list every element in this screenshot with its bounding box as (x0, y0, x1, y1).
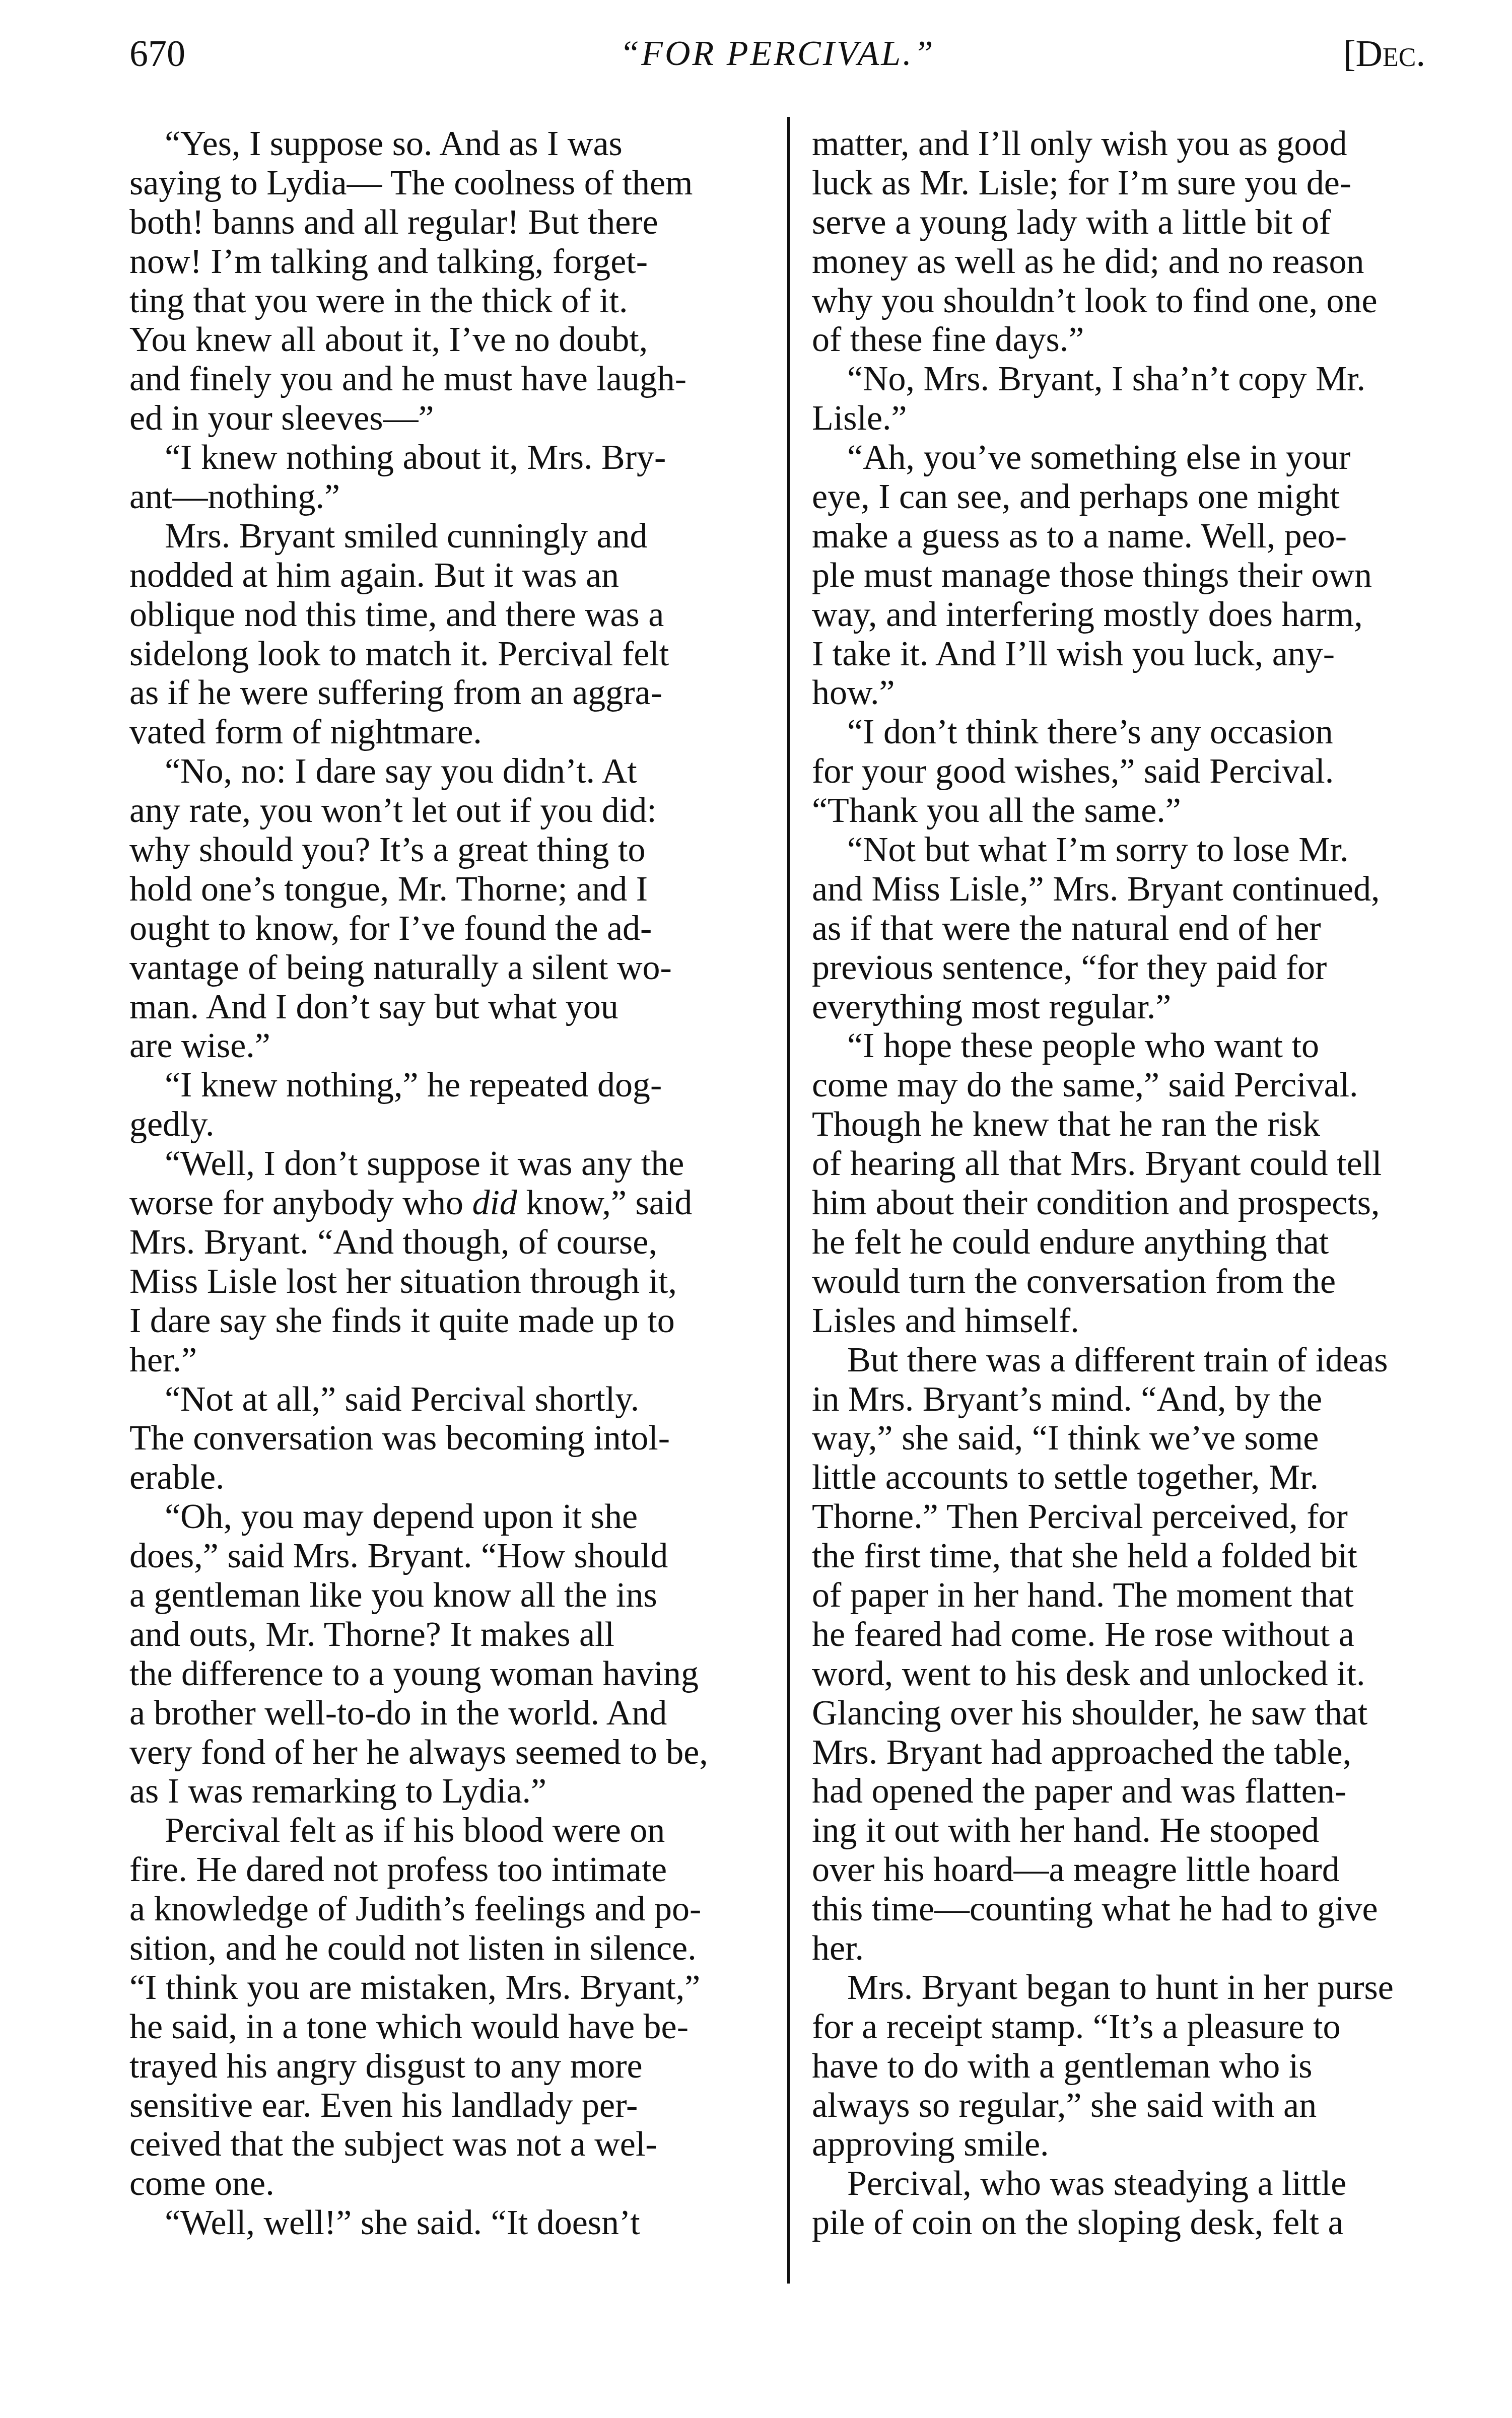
text-line: You knew all about it, I’ve no doubt, (129, 320, 775, 360)
text-line: pile of coin on the sloping desk, felt a (812, 2203, 1425, 2243)
paragraph: But there was a different train of ideas… (812, 1341, 1425, 1968)
text-line: a gentleman like you know all the ins (129, 1576, 775, 1615)
month-initial: D (1356, 33, 1383, 75)
paragraph: “I knew nothing,” he repeated dog-gedly. (129, 1066, 775, 1144)
text-line: ing it out with her hand. He stooped (812, 1811, 1425, 1850)
column-divider (787, 117, 790, 2284)
text-line: Mrs. Bryant smiled cunningly and (129, 517, 775, 556)
text-line: Mrs. Bryant had approached the table, (812, 1733, 1425, 1772)
text-line: saying to Lydia— The coolness of them (129, 164, 775, 203)
text-line: “Oh, you may depend upon it she (129, 1497, 775, 1537)
text-line: as I was remarking to Lydia.” (129, 1772, 775, 1811)
text-line: as if that were the natural end of her (812, 909, 1425, 948)
text-line: sition, and he could not listen in silen… (129, 1929, 775, 1968)
text-line: always so regular,” she said with an (812, 2086, 1425, 2125)
text-line: and finely you and he must have laugh- (129, 360, 775, 399)
text-line: “I think you are mistaken, Mrs. Bryant,” (129, 1968, 775, 2008)
text-line: little accounts to settle together, Mr. (812, 1458, 1425, 1497)
text-line: in Mrs. Bryant’s mind. “And, by the (812, 1380, 1425, 1419)
text-line: “Yes, I suppose so. And as I was (129, 124, 775, 164)
paragraph: “Yes, I suppose so. And as I wassaying t… (129, 124, 775, 438)
text-line: he felt he could endure anything that (812, 1223, 1425, 1262)
text-line: the difference to a young woman having (129, 1654, 775, 1694)
paragraph: matter, and I’ll only wish you as goodlu… (812, 124, 1425, 360)
text-line: for a receipt stamp. “It’s a pleasure to (812, 2008, 1425, 2047)
paragraph: “Well, I don’t suppose it was any thewor… (129, 1144, 775, 1379)
text-line: and outs, Mr. Thorne? It makes all (129, 1615, 775, 1654)
text-line: hold one’s tongue, Mr. Thorne; and I (129, 870, 775, 909)
text-line: nodded at him again. But it was an (129, 556, 775, 595)
month-label: [Dec. (1343, 31, 1425, 77)
left-column: “Yes, I suppose so. And as I wassaying t… (129, 124, 775, 2243)
paragraph: “Well, well!” she said. “It doesn’t (129, 2203, 775, 2243)
text-line: Thorne.” Then Percival perceived, for (812, 1497, 1425, 1537)
right-column: matter, and I’ll only wish you as goodlu… (812, 124, 1425, 2243)
text-line: way, and interfering mostly does harm, (812, 595, 1425, 635)
text-line: him about their condition and prospects, (812, 1184, 1425, 1223)
paragraph: Percival, who was steadying a littlepile… (812, 2164, 1425, 2243)
text-line: worse for anybody who did know,” said (129, 1184, 775, 1223)
text-line: over his hoard—a meagre little hoard (812, 1850, 1425, 1890)
text-line: he said, in a tone which would have be- (129, 2008, 775, 2047)
paragraph: Mrs. Bryant began to hunt in her pursefo… (812, 1968, 1425, 2164)
text-line: now! I’m talking and talking, forget- (129, 242, 775, 282)
text-line: “Well, well!” she said. “It doesn’t (129, 2203, 775, 2243)
paragraph: “Not at all,” said Percival shortly.The … (129, 1380, 775, 1498)
text-line: Lisle.” (812, 399, 1425, 438)
text-line: previous sentence, “for they paid for (812, 948, 1425, 988)
paragraph: Mrs. Bryant smiled cunningly andnodded a… (129, 517, 775, 752)
paragraph: “I hope these people who want tocome may… (812, 1026, 1425, 1340)
text-line: word, went to his desk and unlocked it. (812, 1654, 1425, 1694)
text-line: he feared had come. He rose without a (812, 1615, 1425, 1654)
text-line: I dare say she finds it quite made up to (129, 1301, 775, 1341)
text-line: make a guess as to a name. Well, peo- (812, 517, 1425, 556)
text-line: “I knew nothing about it, Mrs. Bry- (129, 438, 775, 477)
text-line: this time—counting what he had to give (812, 1890, 1425, 1929)
text-line: But there was a different train of ideas (812, 1341, 1425, 1380)
text-line: as if he were suffering from an aggra- (129, 673, 775, 713)
text-line: why you shouldn’t look to find one, one (812, 282, 1425, 321)
text-line: sidelong look to match it. Percival felt (129, 635, 775, 674)
text-line: “Thank you all the same.” (812, 791, 1425, 831)
text-line: luck as Mr. Lisle; for I’m sure you de- (812, 164, 1425, 203)
text-line: “No, no: I dare say you didn’t. At (129, 752, 775, 791)
paragraph: “I don’t think there’s any occasionfor y… (812, 713, 1425, 831)
text-line: trayed his angry disgust to any more (129, 2047, 775, 2086)
text-line: very fond of her he always seemed to be, (129, 1733, 775, 1772)
text-line: both! banns and all regular! But there (129, 203, 775, 242)
paragraph: “Oh, you may depend upon it shedoes,” sa… (129, 1497, 775, 1811)
paragraph: “No, Mrs. Bryant, I sha’n’t copy Mr.Lisl… (812, 360, 1425, 438)
text-line: does,” said Mrs. Bryant. “How should (129, 1537, 775, 1576)
text-line: “I don’t think there’s any occasion (812, 713, 1425, 752)
text-line: sensitive ear. Even his landlady per- (129, 2086, 775, 2125)
text-line: serve a young lady with a little bit of (812, 203, 1425, 242)
paragraph: “I knew nothing about it, Mrs. Bry-ant—n… (129, 438, 775, 517)
text-line: vantage of being naturally a silent wo- (129, 948, 775, 988)
text-line: of hearing all that Mrs. Bryant could te… (812, 1144, 1425, 1184)
text-line: fire. He dared not profess too intimate (129, 1850, 775, 1890)
text-line: “Not but what I’m sorry to lose Mr. (812, 831, 1425, 870)
month-bracket: [ (1343, 33, 1356, 75)
text-line: Mrs. Bryant began to hunt in her purse (812, 1968, 1425, 2008)
text-line: vated form of nightmare. (129, 713, 775, 752)
text-line: way,” she said, “I think we’ve some (812, 1419, 1425, 1458)
text-line: Percival felt as if his blood were on (129, 1811, 775, 1850)
text-line: eye, I can see, and perhaps one might (812, 477, 1425, 517)
running-head: 670 “FOR PERCIVAL.” [Dec. (129, 31, 1425, 77)
text-line: a brother well-to-do in the world. And (129, 1694, 775, 1733)
text-line: have to do with a gentleman who is (812, 2047, 1425, 2086)
text-line: oblique nod this time, and there was a (129, 595, 775, 635)
paragraph: “Not but what I’m sorry to lose Mr.and M… (812, 831, 1425, 1026)
text-line: ant—nothing.” (129, 477, 775, 517)
text-line: I take it. And I’ll wish you luck, any- (812, 635, 1425, 674)
text-line: Mrs. Bryant. “And though, of course, (129, 1223, 775, 1262)
text-line: Lisles and himself. (812, 1301, 1425, 1341)
text-line: come may do the same,” said Percival. (812, 1066, 1425, 1105)
text-line: Percival, who was steadying a little (812, 2164, 1425, 2203)
text-line: are wise.” (129, 1026, 775, 1066)
text-line: ceived that the subject was not a wel- (129, 2125, 775, 2164)
month-rest: ec. (1383, 33, 1425, 75)
text-line: gedly. (129, 1105, 775, 1144)
text-line: matter, and I’ll only wish you as good (812, 124, 1425, 164)
running-title: “FOR PERCIVAL.” (129, 31, 1425, 77)
text-line: ought to know, for I’ve found the ad- (129, 909, 775, 948)
text-line: of these fine days.” (812, 320, 1425, 360)
text-line: The conversation was becoming intol- (129, 1419, 775, 1458)
text-line: how.” (812, 673, 1425, 713)
text-line: any rate, you won’t let out if you did: (129, 791, 775, 831)
text-line: her.” (129, 1341, 775, 1380)
text-line: Glancing over his shoulder, he saw that (812, 1694, 1425, 1733)
paragraph: “Ah, you’ve something else in youreye, I… (812, 438, 1425, 713)
text-line: why should you? It’s a great thing to (129, 831, 775, 870)
text-line: everything most regular.” (812, 988, 1425, 1027)
text-line: ple must manage those things their own (812, 556, 1425, 595)
text-line: of paper in her hand. The moment that (812, 1576, 1425, 1615)
text-line: would turn the conversation from the (812, 1262, 1425, 1301)
text-line: the first time, that she held a folded b… (812, 1537, 1425, 1576)
text-line: her. (812, 1929, 1425, 1968)
text-line: erable. (129, 1458, 775, 1497)
text-line: approving smile. (812, 2125, 1425, 2164)
text-line: for your good wishes,” said Percival. (812, 752, 1425, 791)
text-line: come one. (129, 2164, 775, 2203)
text-line: “I knew nothing,” he repeated dog- (129, 1066, 775, 1105)
text-line: had opened the paper and was flatten- (812, 1772, 1425, 1811)
text-line: “No, Mrs. Bryant, I sha’n’t copy Mr. (812, 360, 1425, 399)
text-line: and Miss Lisle,” Mrs. Bryant continued, (812, 870, 1425, 909)
text-line: Miss Lisle lost her situation through it… (129, 1262, 775, 1301)
text-line: money as well as he did; and no reason (812, 242, 1425, 282)
paragraph: “No, no: I dare say you didn’t. Atany ra… (129, 752, 775, 1066)
text-line: “I hope these people who want to (812, 1026, 1425, 1066)
paragraph: Percival felt as if his blood were onfir… (129, 1811, 775, 2203)
text-line: Though he knew that he ran the risk (812, 1105, 1425, 1144)
text-line: “Ah, you’ve something else in your (812, 438, 1425, 477)
text-line: “Well, I don’t suppose it was any the (129, 1144, 775, 1184)
text-line: ed in your sleeves—” (129, 399, 775, 438)
text-line: man. And I don’t say but what you (129, 988, 775, 1027)
text-line: ting that you were in the thick of it. (129, 282, 775, 321)
text-line: a knowledge of Judith’s feelings and po- (129, 1890, 775, 1929)
text-line: “Not at all,” said Percival shortly. (129, 1380, 775, 1419)
